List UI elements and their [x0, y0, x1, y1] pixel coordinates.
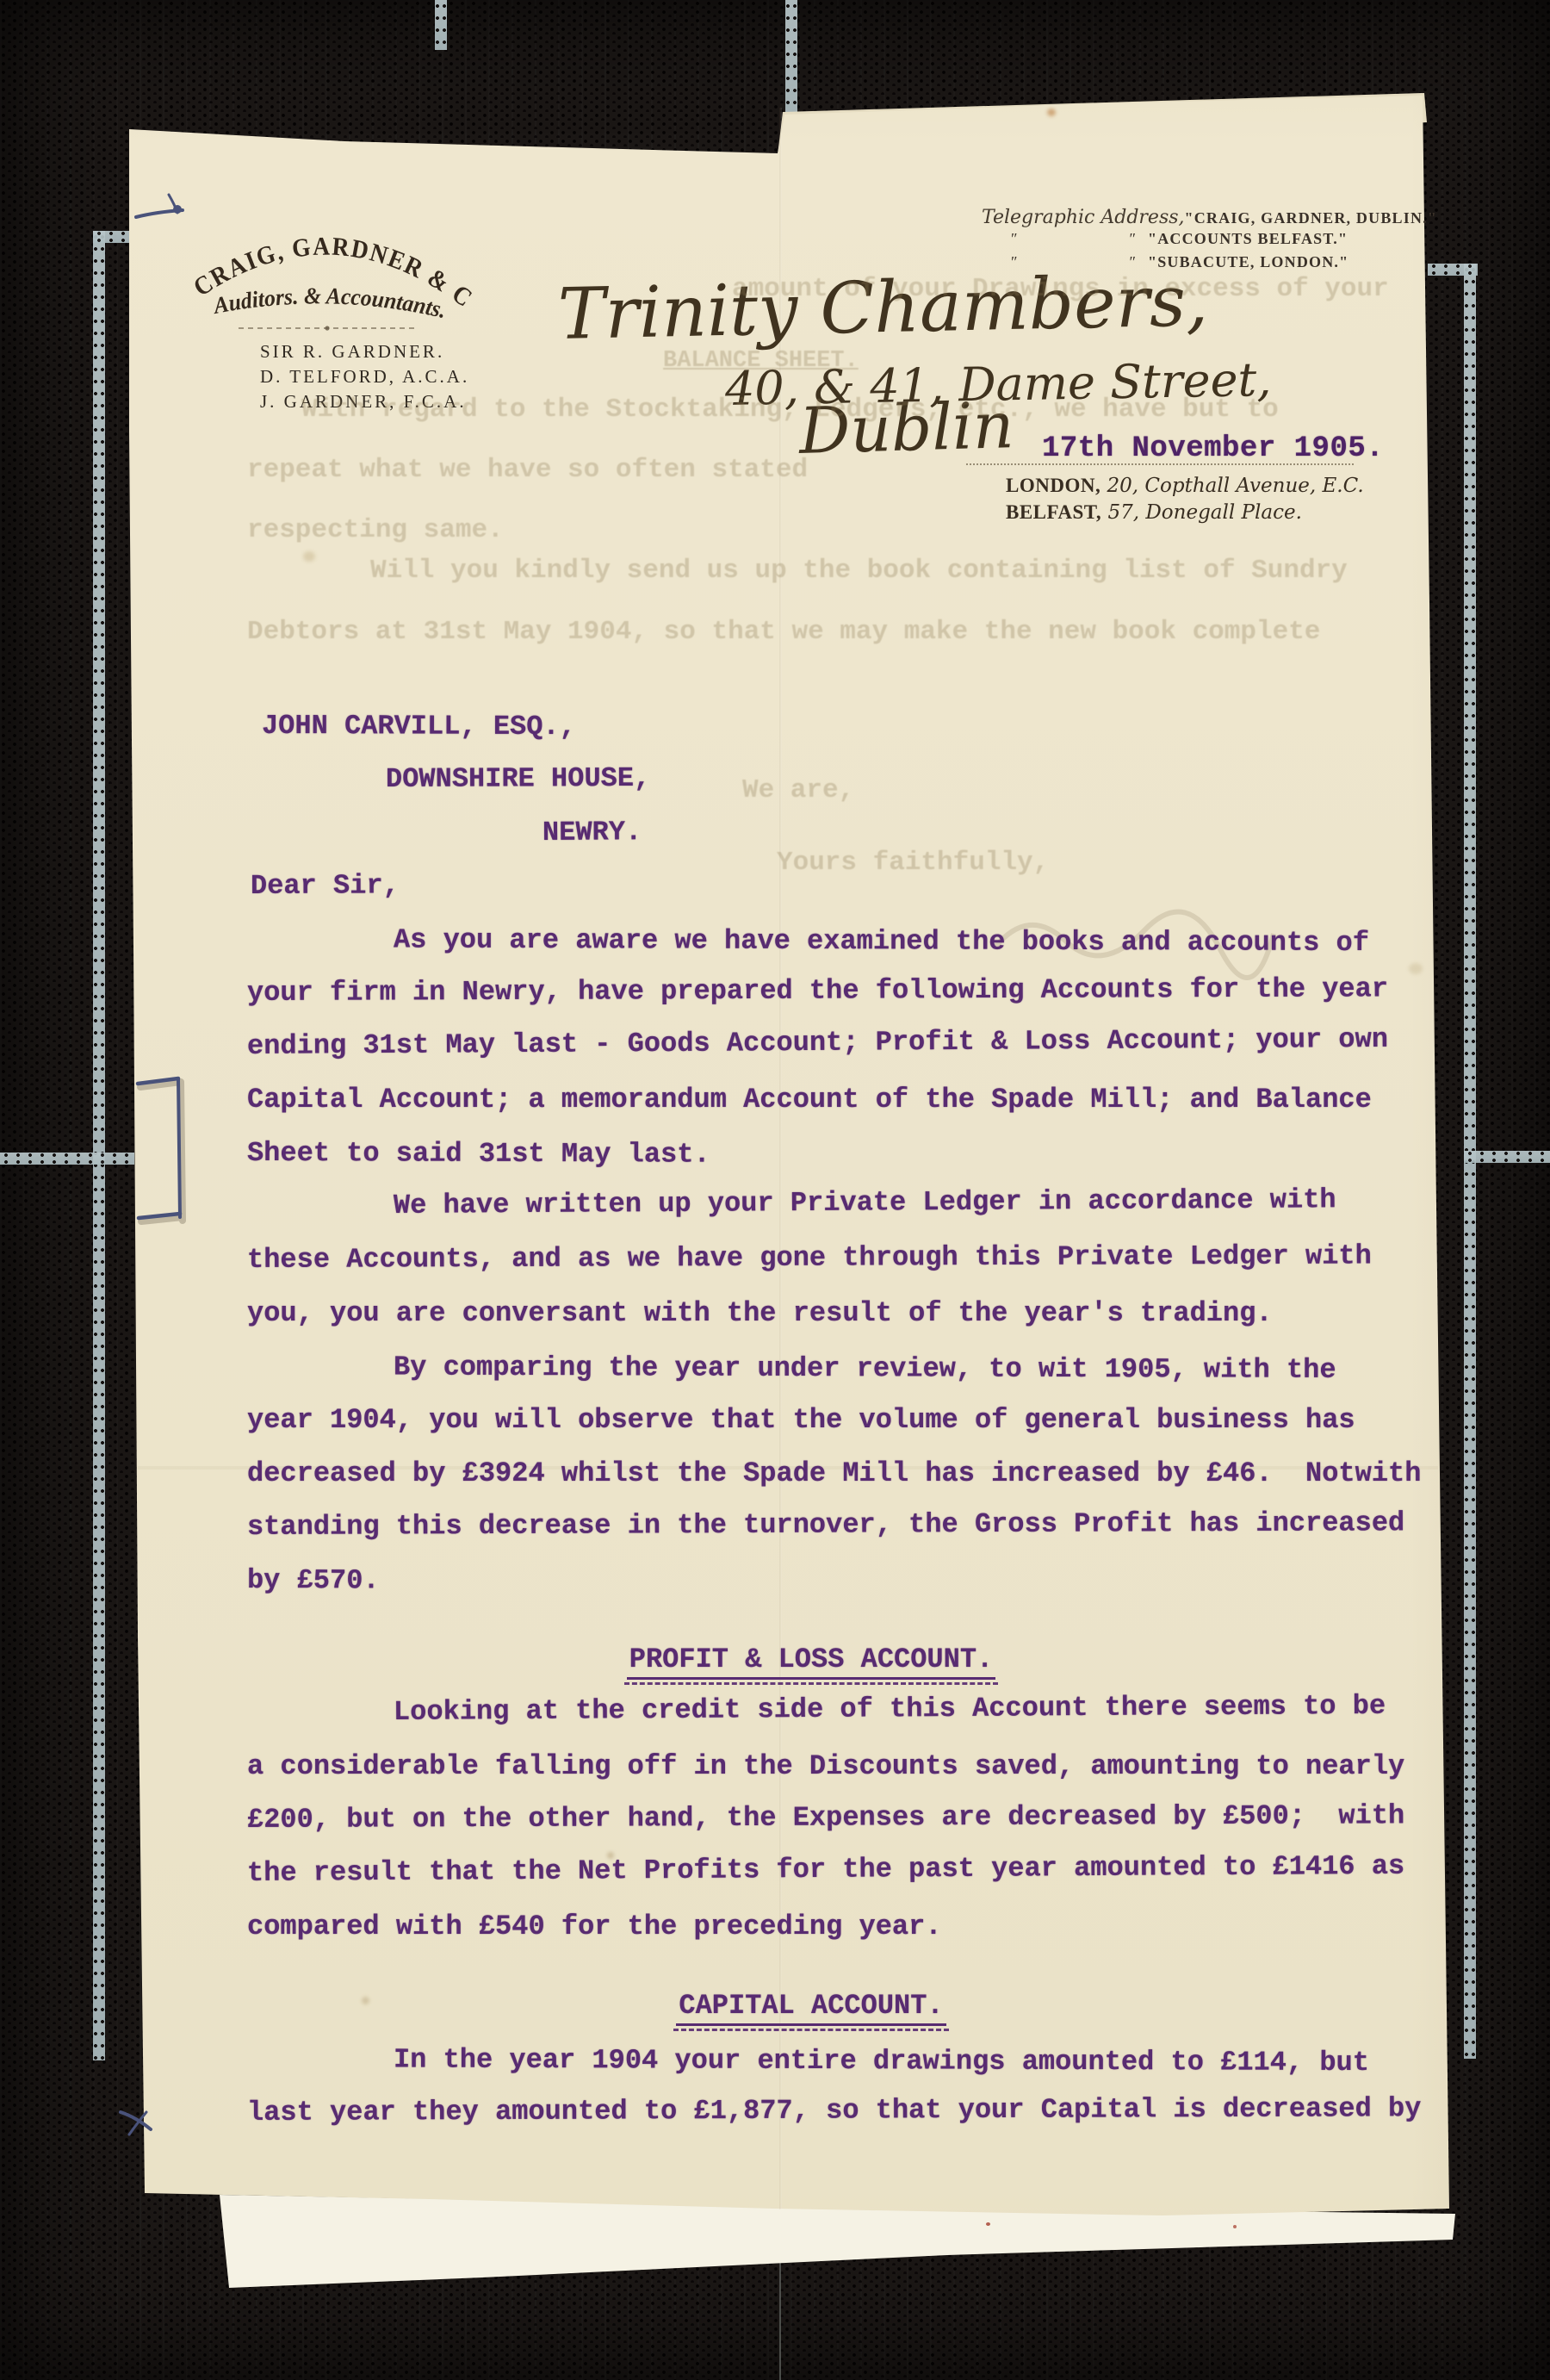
- typed-line: Looking at the credit side of this Accou…: [247, 1679, 1453, 1740]
- ghost-text-line: amount of your Drawings in excess of you…: [732, 274, 1389, 304]
- typed-line: a considerable falling off in the Discou…: [247, 1740, 1453, 1793]
- thread-middle-left: [138, 1078, 178, 1084]
- ghost-text-line: respecting same.: [247, 515, 504, 545]
- ghost-text-line: With regard to the Stocktaking, Ledgers,…: [301, 395, 1279, 425]
- typed-line: year 1904, you will observe that the vol…: [247, 1394, 1453, 1447]
- telegraphic-entry: "ACCOUNTS BELFAST.": [1148, 230, 1348, 248]
- typed-line: Capital Account; a memorandum Account of…: [247, 1073, 1453, 1127]
- branch-city: BELFAST,: [1006, 501, 1101, 523]
- typed-line: by £570.: [247, 1554, 1453, 1611]
- partner-name: SIR R. GARDNER.: [260, 339, 469, 364]
- telegraphic-line: Telegraphic Address,"CRAIG, GARDNER, DUB…: [982, 207, 1437, 230]
- typed-line: standing this decrease in the turnover, …: [247, 1496, 1453, 1554]
- recipient-address: JOHN CARVILL, ESQ.,DOWNSHIRE HOUSE,NEWRY…: [247, 699, 1453, 860]
- typed-letter-body: JOHN CARVILL, ESQ.,DOWNSHIRE HOUSE,NEWRY…: [247, 699, 1453, 2140]
- typed-line: In the year 1904 your entire drawings am…: [247, 2033, 1453, 2090]
- letterhead-divider-dot: [325, 326, 329, 330]
- branch-city: LONDON,: [1006, 475, 1100, 496]
- section-heading: CAPITAL ACCOUNT.: [247, 1979, 1453, 2033]
- typed-line: decreased by £3924 whilst the Spade Mill…: [247, 1447, 1453, 1501]
- telegraphic-label: Telegraphic Address,: [982, 207, 1185, 228]
- ghost-text-line: repeat what we have so often stated: [247, 455, 808, 485]
- letter-content: CRAIG, GARDNER & Co Auditors. & Accounta…: [0, 0, 1550, 2380]
- branch-offices: LONDON, 20, Copthall Avenue, E.C.BELFAST…: [1006, 472, 1364, 525]
- partner-name: D. TELFORD, A.C.A.: [260, 364, 469, 389]
- foxing-spot: [362, 1997, 369, 2004]
- section-heading: PROFIT & LOSS ACCOUNT.: [247, 1633, 1453, 1687]
- letter-paragraphs: As you are aware we have examined the bo…: [247, 913, 1453, 2140]
- salutation: Dear Sir,: [251, 855, 1453, 913]
- recipient-line: NEWRY.: [542, 801, 1453, 860]
- typed-line: these Accounts, and as we have gone thro…: [247, 1229, 1453, 1287]
- typed-line: By comparing the year under review, to w…: [247, 1340, 1453, 1397]
- typed-line: £200, but on the other hand, the Expense…: [247, 1789, 1453, 1847]
- recipient-line: JOHN CARVILL, ESQ.,: [262, 699, 1453, 756]
- typed-line: ending 31st May last - Goods Account; Pr…: [247, 1012, 1453, 1073]
- foxing-spot: [1409, 963, 1423, 974]
- ghost-text-line: Will you kindly send us up the book cont…: [370, 556, 1348, 586]
- telegraphic-entry: "CRAIG, GARDNER, DUBLIN.": [1185, 209, 1438, 227]
- typed-line: As you are aware we have examined the bo…: [247, 913, 1453, 970]
- branch-office-line: LONDON, 20, Copthall Avenue, E.C.: [1006, 472, 1364, 499]
- foxing-spot: [1047, 109, 1056, 116]
- ghost-text-line: BALANCE SHEET.: [663, 348, 859, 374]
- foxing-spot: [607, 1852, 614, 1859]
- rust-speck: [986, 2222, 990, 2226]
- thread-bottom-left: [121, 2112, 151, 2129]
- photo-stage: CRAIG, GARDNER & Co Auditors. & Accounta…: [0, 0, 1550, 2380]
- branch-address: 20, Copthall Avenue, E.C.: [1100, 475, 1364, 497]
- rust-speck: [1233, 2225, 1237, 2228]
- letterhead-subtitle: Auditors. & Accountants.: [210, 283, 449, 323]
- typed-line: your firm in Newry, have prepared the fo…: [247, 962, 1453, 1020]
- typed-line: you, you are conversant with the result …: [247, 1287, 1453, 1340]
- typed-line: the result that the Net Profits for the …: [247, 1839, 1453, 1900]
- typed-line: We have written up your Private Ledger i…: [247, 1172, 1453, 1233]
- branch-address: 57, Donegall Place.: [1101, 501, 1302, 524]
- letterhead-company-arc: CRAIG, GARDNER & Co: [0, 0, 479, 314]
- typed-line: compared with £540 for the preceding yea…: [247, 1900, 1453, 1954]
- foxing-spot: [303, 551, 315, 562]
- ghost-text-line: Debtors at 31st May 1904, so that we may…: [247, 617, 1320, 647]
- typed-date: 17th November 1905.: [1042, 432, 1384, 465]
- thread-top-left: [136, 210, 183, 217]
- recipient-line: DOWNSHIRE HOUSE,: [386, 749, 1453, 806]
- ditto-marks: ″″: [1011, 230, 1136, 248]
- branch-office-line: BELFAST, 57, Donegall Place.: [1006, 499, 1364, 525]
- telegraphic-line: ″″"ACCOUNTS BELFAST.": [982, 230, 1437, 253]
- typed-line: last year they amounted to £1,877, so th…: [247, 2082, 1453, 2140]
